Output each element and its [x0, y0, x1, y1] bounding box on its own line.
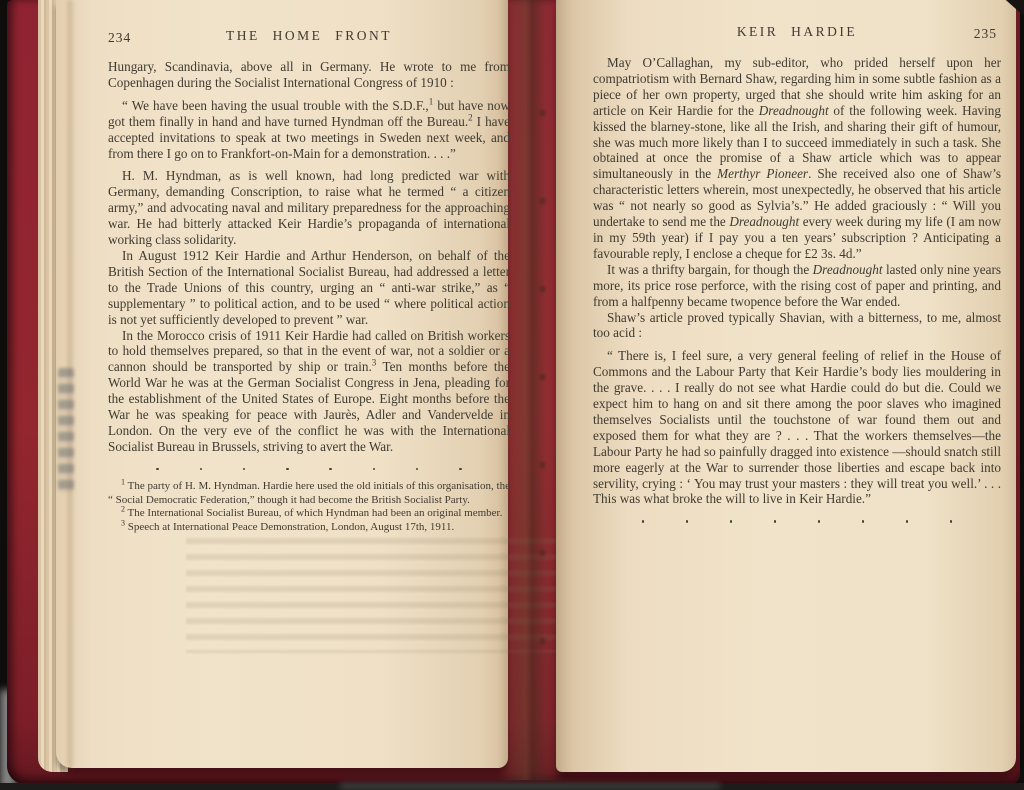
paragraph: May O’Callaghan, my sub-editor, who prid…	[593, 55, 1001, 262]
right-running-head-title: KEIR HARDIE	[593, 24, 1001, 40]
paragraph: In August 1912 Keir Hardie and Arthur He…	[108, 248, 510, 328]
separator-dot	[642, 520, 645, 523]
right-page: KEIR HARDIE 235 May O’Callaghan, my sub-…	[556, 0, 1016, 772]
left-page: 234 THE HOME FRONT Hungary, Scandinavia,…	[56, 0, 508, 768]
separator-dot	[686, 520, 689, 523]
separator-dot	[416, 468, 419, 471]
footnote: 3 Speech at International Peace Demonstr…	[108, 521, 510, 535]
paragraph: Shaw’s article proved typically Shavian,…	[593, 310, 1001, 342]
show-through-text	[186, 538, 556, 653]
backdrop-smudge	[340, 782, 720, 790]
separator-dot	[286, 468, 289, 471]
separator-dot	[730, 520, 733, 523]
left-page-text: 234 THE HOME FRONT Hungary, Scandinavia,…	[108, 28, 510, 535]
right-page-number: 235	[974, 26, 997, 42]
separator-dot	[329, 468, 332, 471]
separator-dot	[950, 520, 953, 523]
separator-dot	[200, 468, 203, 471]
paragraph: “ We have been having the usual trouble …	[108, 98, 510, 162]
footnote: 1 The party of H. M. Hyndman. Hardie her…	[108, 480, 510, 507]
separator-dot	[906, 520, 909, 523]
footnote: 2 The International Socialist Bureau, of…	[108, 507, 510, 521]
book-photo: 234 THE HOME FRONT Hungary, Scandinavia,…	[0, 0, 1024, 790]
right-running-head: KEIR HARDIE 235	[593, 24, 1001, 46]
separator-dot	[243, 468, 246, 471]
separator-dot	[459, 468, 462, 471]
pencil-smudge	[58, 368, 74, 493]
paragraph: Hungary, Scandinavia, above all in Germa…	[108, 59, 510, 91]
paragraph: H. M. Hyndman, as is well known, had lon…	[108, 168, 510, 248]
section-separator-dots	[642, 520, 952, 523]
section-separator-dots	[156, 468, 462, 471]
separator-dot	[156, 468, 159, 471]
left-body: Hungary, Scandinavia, above all in Germa…	[108, 59, 510, 455]
left-running-head-title: THE HOME FRONT	[108, 28, 510, 44]
right-body: May O’Callaghan, my sub-editor, who prid…	[593, 55, 1001, 507]
left-page-number: 234	[108, 30, 131, 46]
separator-dot	[774, 520, 777, 523]
left-footnotes: 1 The party of H. M. Hyndman. Hardie her…	[108, 480, 510, 534]
separator-dot	[862, 520, 865, 523]
paragraph: In the Morocco crisis of 1911 Keir Hardi…	[108, 328, 510, 455]
paragraph: It was a thrifty bargain, for though the…	[593, 262, 1001, 310]
separator-dot	[818, 520, 821, 523]
right-page-text: KEIR HARDIE 235 May O’Callaghan, my sub-…	[593, 24, 1001, 533]
paragraph: “ There is, I feel sure, a very general …	[593, 348, 1001, 507]
left-running-head: 234 THE HOME FRONT	[108, 28, 510, 50]
separator-dot	[373, 468, 376, 471]
